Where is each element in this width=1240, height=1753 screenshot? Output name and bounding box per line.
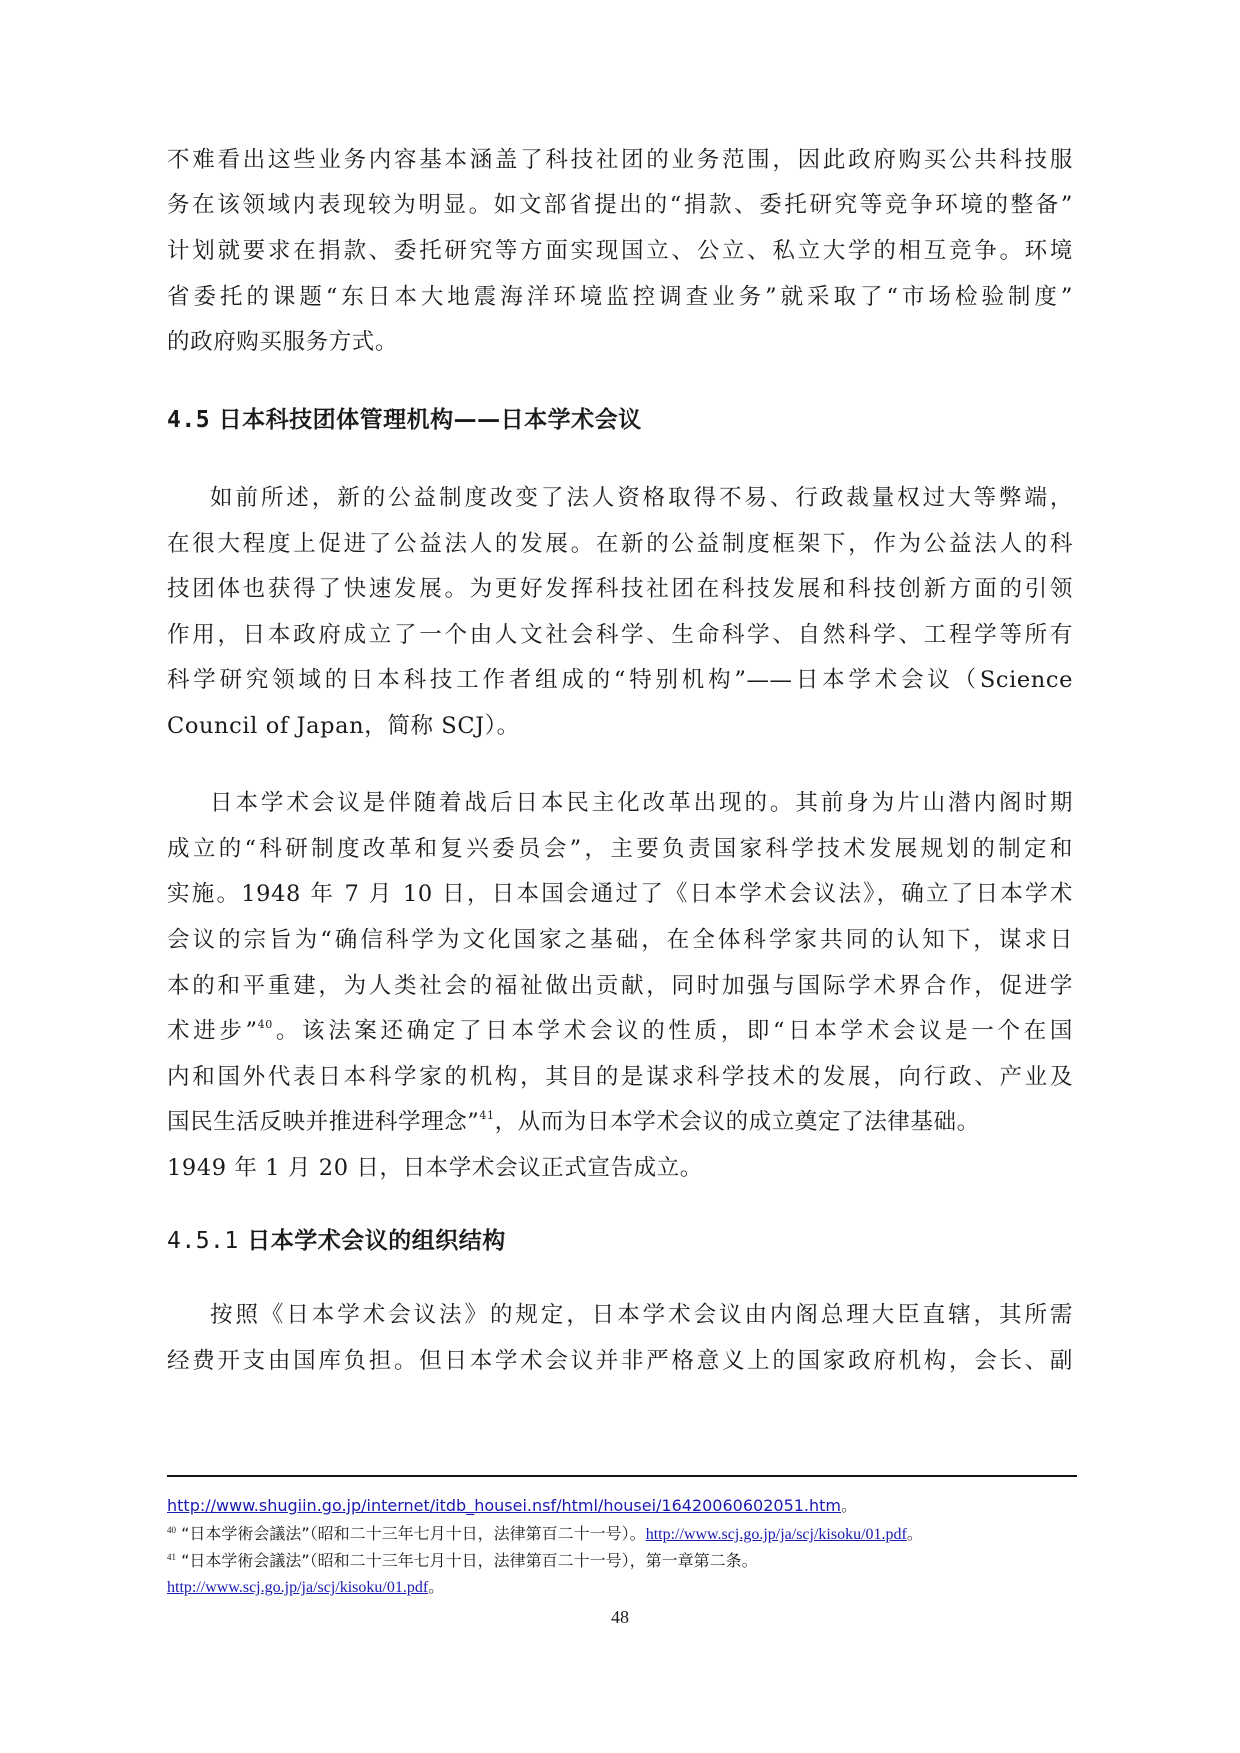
footnote-continued: http://www.shugiin.go.jp/internet/itdb_h…	[167, 1495, 857, 1517]
paragraph-line: 作用，日本政府成立了一个由人文社会科学、生命科学、自然科学、工程学等所有	[167, 620, 1073, 650]
footnote-divider	[167, 1475, 1077, 1477]
text-span: 。	[428, 1577, 444, 1596]
text-span: 术进步”	[167, 1018, 258, 1044]
paragraph-line: 的政府购买服务方式。	[167, 327, 1073, 357]
footnote-ref-41[interactable]: 41	[479, 1109, 494, 1122]
paragraph-line: 1949 年 1 月 20 日，日本学术会议正式宣告成立。	[167, 1153, 1073, 1183]
paragraph-line: 务在该领域内表现较为明显。如文部省提出的“捐款、委托研究等竞争环境的整备”	[167, 190, 1073, 220]
footnote-text: “日本学術会議法”（昭和二十三年七月十日，法律第百二十一号）。	[181, 1524, 646, 1543]
paragraph-line: 省委托的课题“东日本大地震海洋环境监控调查业务”就采取了“市场检验制度”	[167, 282, 1073, 312]
footnote-marker: 40	[167, 1525, 176, 1535]
paragraph-line: 不难看出这些业务内容基本涵盖了科技社团的业务范围，因此政府购买公共科技服	[167, 145, 1073, 175]
text-span: 。该法案还确定了日本学术会议的性质，即“日本学术会议是一个在国	[273, 1018, 1073, 1044]
paragraph-line: 国民生活反映并推进科学理念”41，从而为日本学术会议的成立奠定了法律基础。	[167, 1107, 1073, 1137]
paragraph-line: 会议的宗旨为“确信科学为文化国家之基础，在全体科学家共同的认知下，谋求日	[167, 925, 1073, 955]
footnote-marker: 41	[167, 1552, 176, 1562]
section-number: 4.5	[167, 407, 210, 433]
footnote-link[interactable]: http://www.scj.go.jp/ja/scj/kisoku/01.pd…	[167, 1579, 428, 1596]
footnote-41: 41 “日本学術会議法”（昭和二十三年七月十日，法律第百二十一号），第一章第二条…	[167, 1550, 758, 1572]
subsection-title: 日本学术会议的组织结构	[247, 1228, 506, 1254]
paragraph-line: 计划就要求在捐款、委托研究等方面实现国立、公立、私立大学的相互竞争。环境	[167, 236, 1073, 266]
paragraph-line: 如前所述，新的公益制度改变了法人资格取得不易、行政裁量权过大等弊端，	[210, 483, 1073, 513]
footnote-text: “日本学術会議法”（昭和二十三年七月十日，法律第百二十一号），第一章第二条。	[181, 1551, 758, 1570]
paragraph-line: 日本学术会议是伴随着战后日本民主化改革出现的。其前身为片山潜内阁时期	[210, 788, 1073, 818]
section-title: 日本科技团体管理机构——日本学术会议	[219, 407, 642, 433]
document-page: 不难看出这些业务内容基本涵盖了科技社团的业务范围，因此政府购买公共科技服 务在该…	[0, 0, 1240, 1753]
paragraph-line: Council of Japan，简称 SCJ）。	[167, 711, 1073, 741]
paragraph-line: 在很大程度上促进了公益法人的发展。在新的公益制度框架下，作为公益法人的科	[167, 529, 1073, 559]
paragraph-line: 技团体也获得了快速发展。为更好发挥科技社团在科技发展和科技创新方面的引领	[167, 574, 1073, 604]
text-span: ，从而为日本学术会议的成立奠定了法律基础。	[495, 1109, 980, 1135]
paragraph-line: 实施。1948 年 7 月 10 日，日本国会通过了《日本学术会议法》，确立了日…	[167, 879, 1073, 909]
paragraph-line: 成立的“科研制度改革和复兴委员会”，主要负责国家科学技术发展规划的制定和	[167, 834, 1073, 864]
subsection-heading: 4.5.1 日本学术会议的组织结构	[167, 1226, 1073, 1256]
text-span: 国民生活反映并推进科学理念”	[167, 1109, 479, 1135]
footnote-link[interactable]: http://www.scj.go.jp/ja/scj/kisoku/01.pd…	[646, 1526, 907, 1543]
footnote-41-link-line: http://www.scj.go.jp/ja/scj/kisoku/01.pd…	[167, 1576, 444, 1599]
page-number: 48	[0, 1607, 1240, 1628]
footnote-ref-40[interactable]: 40	[258, 1018, 273, 1031]
paragraph-line: 科学研究领域的日本科技工作者组成的“特别机构”——日本学术会议（Science	[167, 665, 1073, 695]
footnote-40: 40 “日本学術会議法”（昭和二十三年七月十日，法律第百二十一号）。http:/…	[167, 1523, 923, 1546]
text-span: 。	[907, 1524, 923, 1543]
paragraph-line: 经费开支由国库负担。但日本学术会议并非严格意义上的国家政府机构，会长、副	[167, 1346, 1073, 1376]
subsection-number: 4.5.1	[167, 1228, 239, 1254]
paragraph-line: 按照《日本学术会议法》的规定，日本学术会议由内阁总理大臣直辖，其所需	[210, 1300, 1073, 1330]
text-span: 。	[841, 1496, 857, 1515]
paragraph-line: 本的和平重建，为人类社会的福祉做出贡献，同时加强与国际学术界合作，促进学	[167, 971, 1073, 1001]
paragraph-line: 术进步”40。该法案还确定了日本学术会议的性质，即“日本学术会议是一个在国	[167, 1016, 1073, 1046]
section-heading: 4.5 日本科技团体管理机构——日本学术会议	[167, 405, 1073, 435]
paragraph-line: 内和国外代表日本科学家的机构，其目的是谋求科学技术的发展，向行政、产业及	[167, 1062, 1073, 1092]
footnote-link[interactable]: http://www.shugiin.go.jp/internet/itdb_h…	[167, 1496, 841, 1515]
